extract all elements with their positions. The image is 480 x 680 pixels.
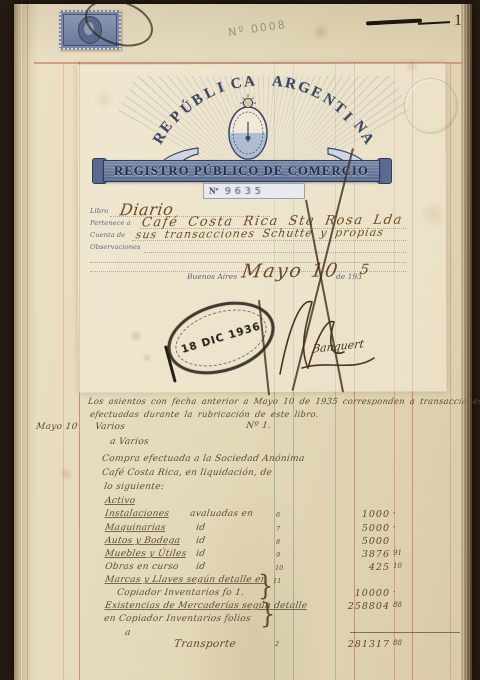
field-value-cuenta: sus transacciones Schutte y propias — [135, 226, 385, 242]
item-folio: 11 — [273, 577, 281, 585]
item-name-line2: Copiador Inventarios fo 1. — [116, 588, 245, 598]
item-cents: 10 — [393, 562, 402, 570]
transport-cents: 88 — [393, 639, 402, 647]
item-folio: 7 — [276, 525, 280, 533]
date-handwritten: Mayo 10 — [240, 259, 341, 282]
entry-desc-line2: Café Costa Rica, en liquidación, de — [101, 468, 272, 478]
item-cents: - — [393, 523, 395, 531]
item-detail: id — [195, 549, 206, 559]
entry-desc-line1: Compra efectuada a la Sociedad Anónima — [101, 454, 305, 464]
date-city: Buenos Aires — [187, 272, 237, 281]
credit-cents-rule — [450, 62, 451, 680]
item-amount: 5000 — [344, 536, 390, 547]
coat-of-arms — [226, 92, 270, 162]
field-label-observaciones: Observaciones — [90, 243, 141, 251]
credit-a-label: a — [124, 628, 131, 638]
entry-number: Nº 1. — [245, 421, 271, 431]
arc-title-char: A — [271, 73, 284, 91]
item-amount: 5000 — [344, 523, 390, 534]
margin-date: Mayo 10 — [35, 422, 78, 432]
registro-banner-title: REGISTRO PÚBLICO DE COMERCIO — [114, 164, 369, 179]
item-cents: 88 — [393, 601, 402, 609]
item-amount: 3876 — [344, 549, 390, 560]
entry-credit: a Varios — [109, 437, 149, 447]
item-detail: id — [195, 536, 206, 546]
number-label: Nº — [209, 186, 218, 196]
item-cents: - — [393, 588, 395, 596]
field-label-libro: Libro — [90, 207, 108, 215]
book-gutter-edge — [14, 4, 38, 680]
item-name: Marcas y Llaves según detalle en — [104, 575, 267, 585]
item-folio: 6 — [276, 511, 280, 519]
item-brace: } — [260, 598, 275, 630]
item-detail: avaluadas en — [189, 509, 254, 519]
item-amount: 1000 — [344, 509, 390, 520]
page-stack-edge — [460, 4, 472, 680]
item-amount: 10000 — [344, 588, 390, 599]
transport-amount: 281317 — [344, 639, 390, 650]
arc-title-char: A — [243, 73, 256, 91]
item-name: Obras en curso — [104, 562, 179, 572]
item-folio: 10 — [275, 564, 283, 572]
field-label-pertenece: Pertenece a — [90, 219, 131, 227]
margin-rule-pink — [63, 62, 64, 680]
ledger-note-line2: efectuadas durante la rubricación de est… — [89, 409, 319, 419]
item-name: Existencias de Mercaderías según detalle — [104, 601, 308, 611]
entry-desc-line3: lo siguiente: — [103, 482, 164, 492]
pencil-annotation: Nº 0008 — [227, 18, 287, 39]
item-folio: 8 — [276, 538, 280, 546]
item-name: Maquinarias — [104, 523, 166, 533]
transport-folio: 2 — [275, 640, 279, 648]
ledger-note-line1: Los asientos con fecha anterior a Mayo 1… — [87, 396, 480, 406]
total-rule — [350, 632, 460, 633]
item-name: Autos y Bodega — [104, 536, 181, 546]
item-amount: 258804 — [344, 601, 390, 612]
transport-label: Transporte — [173, 638, 237, 650]
item-name: Instalaciones — [104, 509, 170, 519]
ledger-page: REPÚBLICA ARGENTINA — [14, 4, 472, 680]
item-detail: id — [195, 562, 206, 572]
item-amount: 425 — [344, 562, 390, 573]
embossed-seal — [404, 78, 458, 134]
entry-title: Varios — [94, 422, 125, 432]
registro-banner: REGISTRO PÚBLICO DE COMERCIO — [103, 160, 380, 182]
item-folio: 9 — [276, 551, 280, 559]
ink-dash-mark — [366, 19, 422, 26]
section-title: Activo — [104, 496, 136, 506]
document-number-panel: Nº 9635 — [203, 183, 305, 199]
item-detail: id — [195, 523, 206, 533]
field-line-observaciones — [144, 251, 406, 253]
ink-dash-tail — [418, 21, 450, 24]
scanned-ledger-photo: REPÚBLICA ARGENTINA — [0, 0, 480, 680]
item-cents: - — [393, 509, 395, 517]
item-name: Muebles y Útiles — [104, 549, 187, 559]
item-cents: 91 — [393, 549, 402, 557]
document-number: 9635 — [224, 186, 264, 197]
item-name-line2: en Copiador Inventarios folios — [103, 614, 251, 624]
field-label-cuenta: Cuenta de — [90, 231, 125, 239]
